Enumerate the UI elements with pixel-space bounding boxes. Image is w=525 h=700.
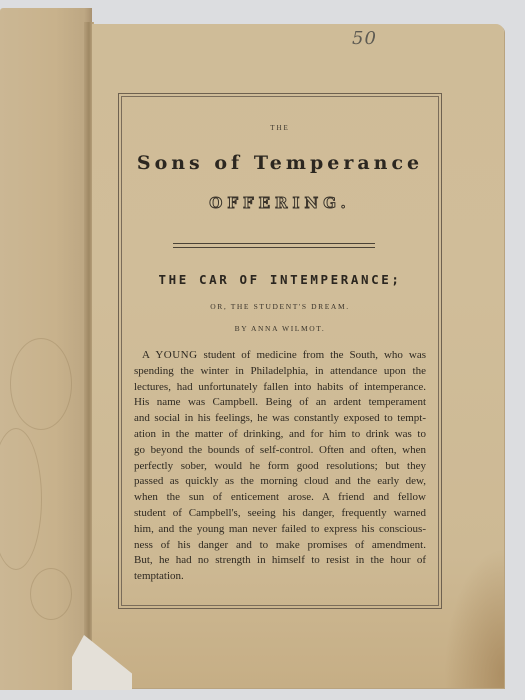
body-line: perfectly sober, would he form good reso… bbox=[134, 459, 426, 475]
water-stain bbox=[10, 338, 72, 430]
series-subtitle: OFFERING. bbox=[119, 194, 441, 212]
story-byline: BY ANNA WILMOT. bbox=[119, 324, 441, 333]
body-line: A YOUNG student of medicine from the Sou… bbox=[134, 348, 426, 364]
lead-smallcaps: YOUNG bbox=[155, 349, 197, 361]
series-title: Sons of Temperance bbox=[119, 152, 441, 174]
body-line: But, he had no strength in himself to re… bbox=[134, 553, 426, 569]
body-line: temptation. bbox=[134, 569, 426, 585]
double-rule-divider bbox=[173, 243, 375, 248]
previous-page bbox=[0, 8, 92, 690]
story-subtitle: OR, THE STUDENT'S DREAM. bbox=[119, 302, 441, 311]
handwritten-page-number: 50 bbox=[352, 28, 377, 49]
body-line: spending the winter in Philadelphia, in … bbox=[134, 364, 426, 380]
text-frame-border: THE Sons of Temperance OFFERING. THE CAR… bbox=[118, 93, 442, 609]
body-line: ation in the matter of drinking, and for… bbox=[134, 427, 426, 443]
body-line: him, and the young man never failed to e… bbox=[134, 522, 426, 538]
body-line-text: student of medicine from the South, who … bbox=[198, 349, 426, 361]
body-line: go beyond the bounds of self-control. Of… bbox=[134, 443, 426, 459]
story-title: THE CAR OF INTEMPERANCE; bbox=[119, 272, 441, 287]
body-line: student of Campbell's, seeing his danger… bbox=[134, 506, 426, 522]
water-stain bbox=[0, 428, 42, 570]
body-line: and social in his feelings, he was const… bbox=[134, 411, 426, 427]
lead-word: A bbox=[142, 349, 149, 361]
header-the: THE bbox=[119, 124, 441, 132]
water-stain bbox=[30, 568, 72, 620]
page-edge-wear bbox=[444, 548, 504, 688]
body-line: passed as quickly as the morning cloud a… bbox=[134, 474, 426, 490]
body-line: His name was Campbell. Being of an arden… bbox=[134, 395, 426, 411]
story-body: A YOUNG student of medicine from the Sou… bbox=[134, 348, 426, 585]
body-line: lectures, had unfortunately fallen into … bbox=[134, 380, 426, 396]
body-line: ness of his danger and to make promises … bbox=[134, 538, 426, 554]
body-line: when the sun of enticement arose. A frie… bbox=[134, 490, 426, 506]
